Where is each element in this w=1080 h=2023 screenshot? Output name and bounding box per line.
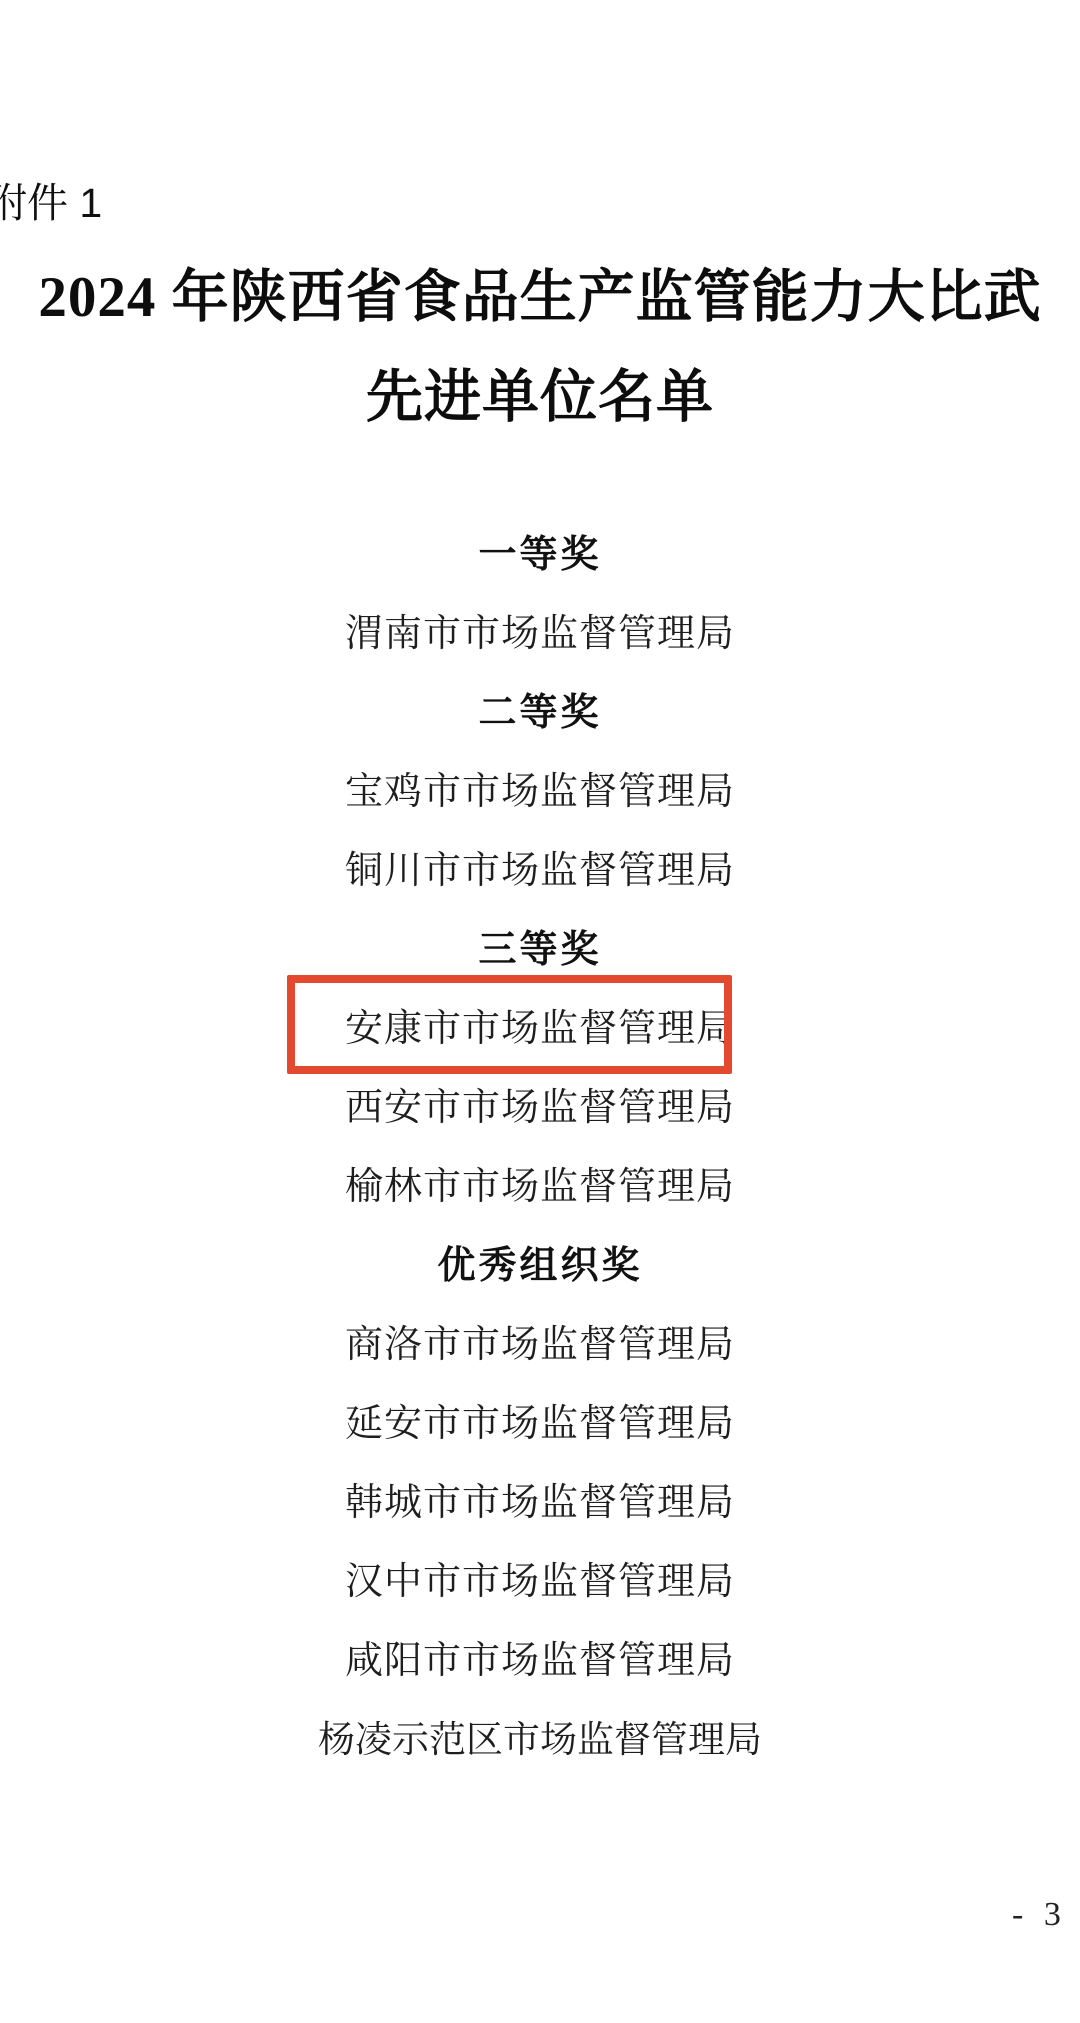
unit-row-highlighted: 安康市市场监督管理局 <box>0 985 1080 1064</box>
document-title: 2024 年陕西省食品生产监管能力大比武 先进单位名单 <box>0 248 1080 448</box>
unit-row: 韩城市市场监督管理局 <box>0 1459 1080 1538</box>
document-title-line2: 先进单位名单 <box>0 348 1080 448</box>
section-header-organization-prize: 优秀组织奖 <box>0 1222 1080 1301</box>
unit-row: 铜川市市场监督管理局 <box>0 827 1080 906</box>
document-page: 附件 1 2024 年陕西省食品生产监管能力大比武 先进单位名单 一等奖 渭南市… <box>0 0 1080 2023</box>
attachment-label: 附件 1 <box>0 170 102 229</box>
unit-row: 榆林市市场监督管理局 <box>0 1143 1080 1222</box>
unit-row: 西安市市场监督管理局 <box>0 1064 1080 1143</box>
document-title-line1: 2024 年陕西省食品生产监管能力大比武 <box>0 248 1080 348</box>
section-header-third-prize: 三等奖 <box>0 906 1080 985</box>
unit-row: 汉中市市场监督管理局 <box>0 1538 1080 1617</box>
unit-row: 延安市市场监督管理局 <box>0 1380 1080 1459</box>
unit-row: 咸阳市市场监督管理局 <box>0 1617 1080 1696</box>
unit-row: 宝鸡市市场监督管理局 <box>0 748 1080 827</box>
unit-row: 杨凌示范区市场监督管理局 <box>0 1696 1080 1775</box>
section-header-second-prize: 二等奖 <box>0 669 1080 748</box>
award-list: 一等奖 渭南市市场监督管理局 二等奖 宝鸡市市场监督管理局 铜川市市场监督管理局… <box>0 511 1080 1775</box>
page-number: - 3 <box>1012 1896 1061 1934</box>
unit-row: 渭南市市场监督管理局 <box>0 590 1080 669</box>
section-header-first-prize: 一等奖 <box>0 511 1080 590</box>
unit-row: 商洛市市场监督管理局 <box>0 1301 1080 1380</box>
